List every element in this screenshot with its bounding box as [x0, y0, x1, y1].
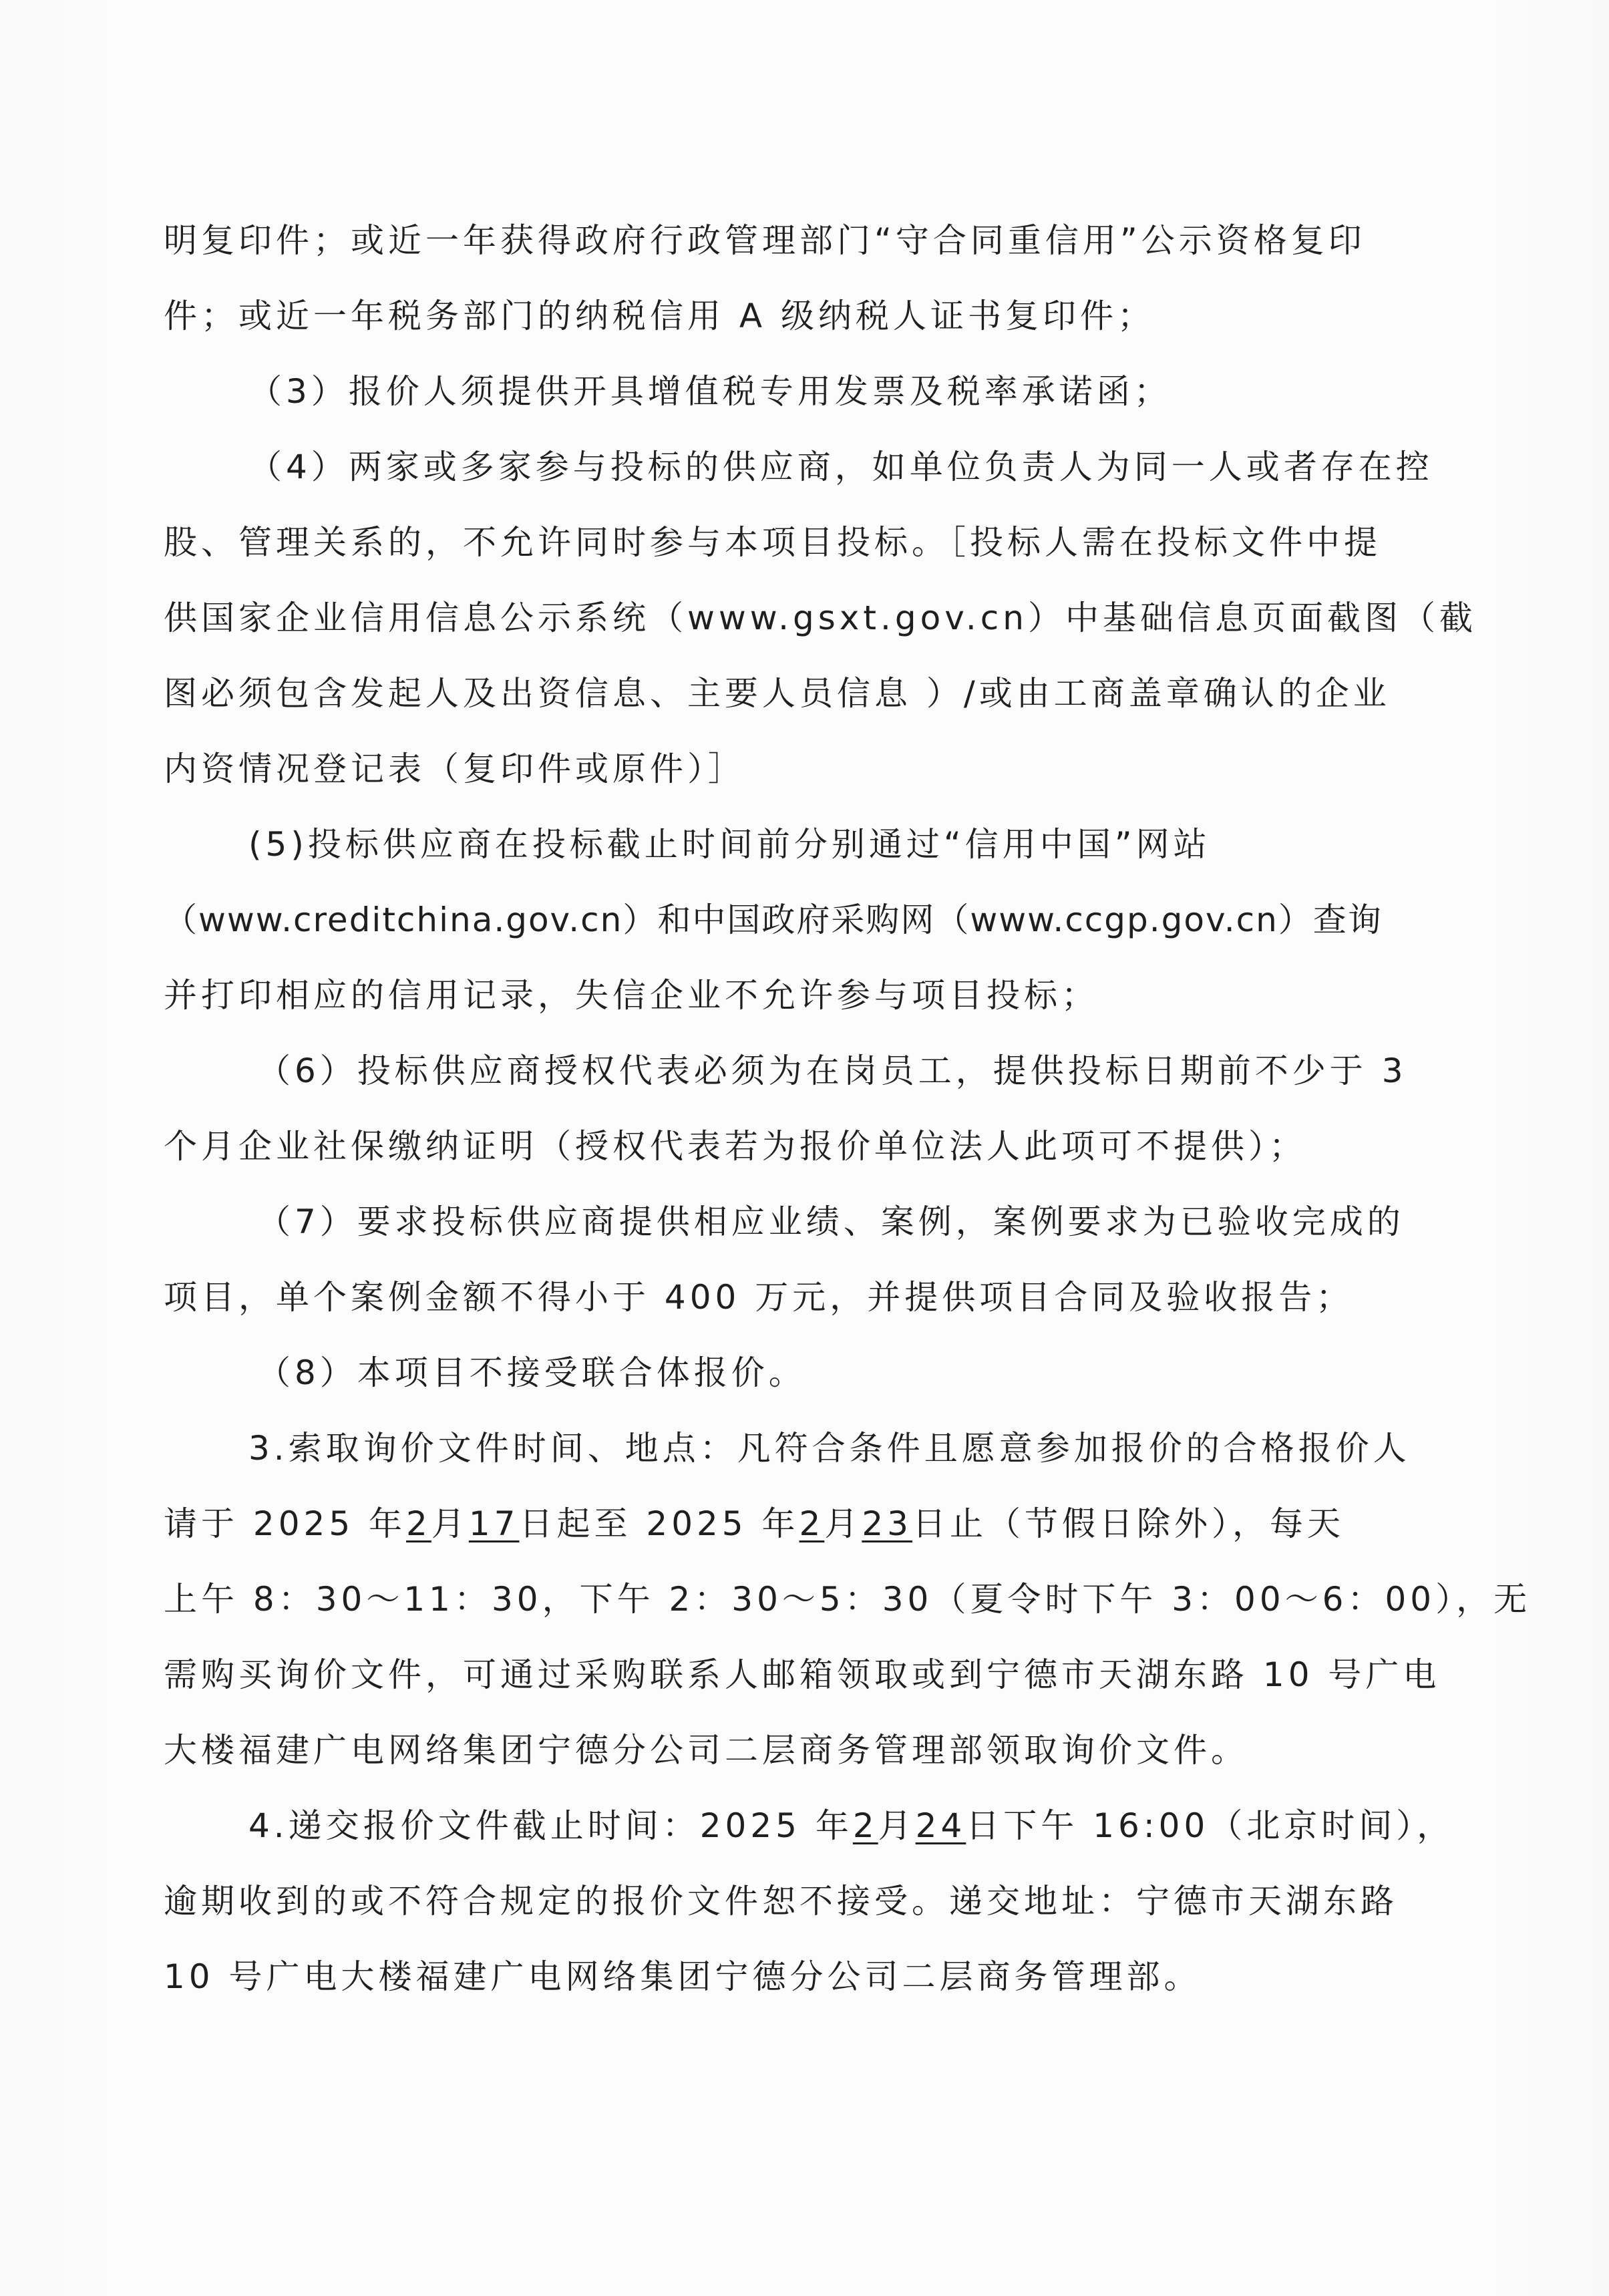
text-line: 并打印相应的信用记录，失信企业不允许参与项目投标；: [164, 975, 1099, 1015]
deadline-month: 2: [853, 1806, 878, 1845]
end-month: 2: [799, 1504, 825, 1543]
date-prefix: 请于 2025 年: [164, 1504, 406, 1543]
item-5: (5)投标供应商在投标截止时间前分别通过“信用中国”网站: [248, 824, 1211, 864]
start-month: 2: [406, 1504, 431, 1543]
text-line: 个月企业社保缴纳证明（授权代表若为报价单位法人此项可不提供）；: [164, 1126, 1306, 1166]
text-line: 明复印件；或近一年获得政府行政管理部门“守合同重信用”公示资格复印: [164, 220, 1366, 261]
text-line: 股、管理关系的，不允许同时参与本项目投标。［投标人需在投标文件中提: [164, 522, 1381, 562]
text-line: 供国家企业信用信息公示系统（www.gsxt.gov.cn）中基础信息页面截图（…: [164, 598, 1477, 638]
start-day: 17: [469, 1504, 520, 1543]
month-label: 月: [431, 1504, 469, 1543]
date-suffix: 日止（节假日除外），每天: [912, 1504, 1345, 1543]
text-line: 图必须包含发起人及出资信息、主要人员信息 ）/或由工商盖章确认的企业: [164, 673, 1391, 713]
text-line: 项目，单个案例金额不得小于 400 万元，并提供项目合同及验收报告；: [164, 1277, 1353, 1317]
section-3-heading: 3.索取询价文件时间、地点：凡符合条件且愿意参加报价的合格报价人: [248, 1428, 1411, 1468]
item-7: （7）要求投标供应商提供相应业绩、案例，案例要求为已验收完成的: [257, 1202, 1405, 1242]
item-3: （3）报价人须提供开具增值税专用发票及税率承诺函；: [248, 371, 1172, 412]
deadline-suffix: 日下午 16:00（北京时间），: [966, 1806, 1454, 1845]
item-8: （8）本项目不接受联合体报价。: [257, 1353, 806, 1393]
date-range-line: 请于 2025 年2月17日起至 2025 年2月23日止（节假日除外），每天: [164, 1504, 1345, 1544]
text-line-urls: （www.creditchina.gov.cn）和中国政府采购网（www.ccg…: [164, 900, 1383, 940]
deadline-prefix: 4.递交报价文件截止时间：2025 年: [248, 1806, 853, 1845]
text-line: 件；或近一年税务部门的纳税信用 A 级纳税人证书复印件；: [164, 296, 1155, 336]
text-line: 需购买询价文件，可通过采购联系人邮箱领取或到宁德市天湖东路 10 号广电: [164, 1655, 1440, 1695]
month-label: 月: [878, 1806, 916, 1845]
month-label: 月: [824, 1504, 862, 1543]
text-line: 10 号广电大楼福建广电网络集团宁德分公司二层商务管理部。: [164, 1957, 1202, 1997]
item-6: （6）投标供应商授权代表必须为在岗员工，提供投标日期前不少于 3: [257, 1051, 1407, 1091]
deadline-day: 24: [916, 1806, 966, 1845]
document-page: 明复印件；或近一年获得政府行政管理部门“守合同重信用”公示资格复印 件；或近一年…: [0, 0, 1609, 2296]
hours-line: 上午 8：30～11：30，下午 2：30～5：30（夏令时下午 3：00～6：…: [164, 1579, 1531, 1619]
text-line: 内资情况登记表（复印件或原件）］: [164, 749, 745, 789]
deadline-line: 4.递交报价文件截止时间：2025 年2月24日下午 16:00（北京时间），: [248, 1806, 1454, 1846]
item-4: （4）两家或多家参与投标的供应商，如单位负责人为同一人或者存在控: [248, 447, 1433, 487]
end-day: 23: [862, 1504, 912, 1543]
text-line: 大楼福建广电网络集团宁德分公司二层商务管理部领取询价文件。: [164, 1730, 1248, 1770]
text-line: 逾期收到的或不符合规定的报价文件恕不接受。递交地址：宁德市天湖东路: [164, 1881, 1398, 1921]
date-mid: 日起至 2025 年: [519, 1504, 799, 1543]
